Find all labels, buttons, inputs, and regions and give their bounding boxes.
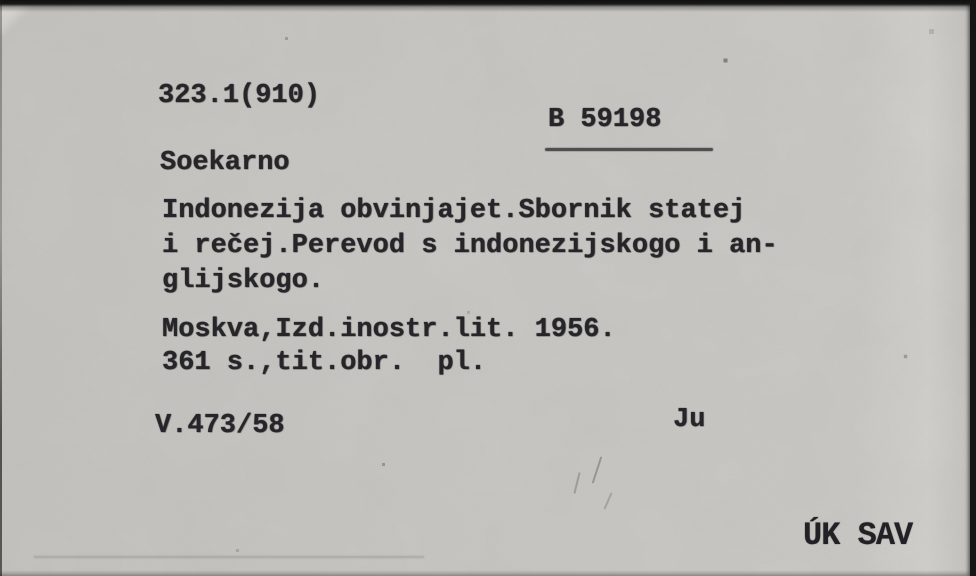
accession-underline — [545, 148, 713, 151]
accession-number: B 59198 — [548, 107, 661, 134]
collation-line: 361 s.,tit.obr. pl. — [162, 350, 486, 377]
title-line-1: Indonezija obvinjajet.Sbornik statej — [162, 198, 745, 225]
title-line-3: glijskogo. — [162, 268, 324, 295]
imprint-line: Moskva,Izd.inostr.lit. 1956. — [162, 317, 616, 344]
title-line-2: i rečej.Perevod s indonezijskogo i an- — [162, 233, 778, 260]
pencil-mark — [603, 492, 612, 509]
pencil-mark — [592, 456, 603, 483]
scan-edge-bottom — [0, 570, 976, 576]
pencil-mark — [573, 472, 580, 494]
paper-grain-texture — [0, 0, 976, 576]
classification-number: 323.1(910) — [158, 83, 320, 110]
shelf-mark: V.473/58 — [155, 413, 285, 440]
scan-streak — [34, 556, 424, 558]
scan-edge-top — [0, 0, 976, 12]
library-stamp: ÚK SAV — [803, 520, 912, 552]
paper-specks — [0, 0, 1, 1]
catalog-card-scan: 323.1(910) B 59198 Soekarno Indonezija o… — [0, 0, 976, 576]
cataloguer-initials: Ju — [673, 407, 705, 434]
scan-edge-right — [970, 0, 976, 576]
author-name: Soekarno — [160, 150, 290, 177]
scan-edge-left — [0, 0, 2, 576]
